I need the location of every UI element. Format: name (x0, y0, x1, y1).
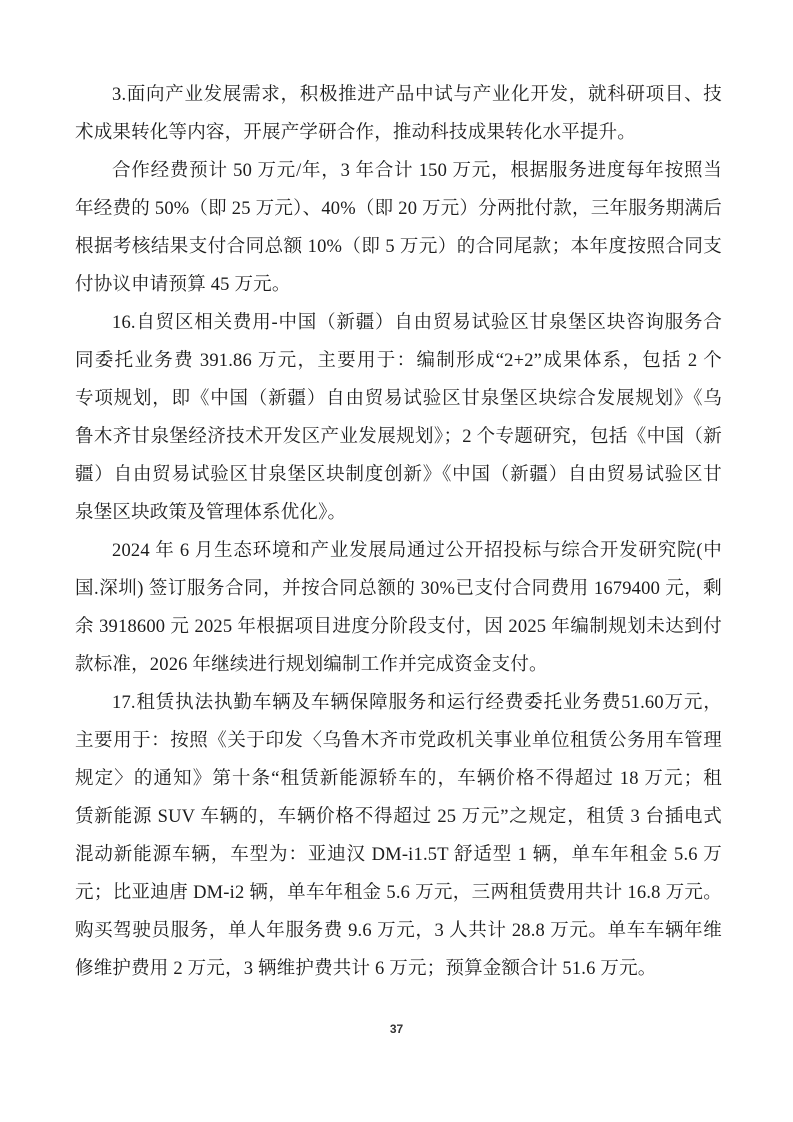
text-line: 国.深圳) 签订服务合同，并按合同总额的 30%已支付合同费用 1679400 … (75, 570, 722, 608)
text-line: 付协议申请预算 45 万元。 (75, 266, 722, 304)
text-line: 17.租赁执法执勤车辆及车辆保障服务和运行经费委托业务费51.60万元， (75, 684, 722, 722)
text-line: 主要用于：按照《关于印发〈乌鲁木齐市党政机关事业单位租赁公务用车管理 (75, 722, 722, 760)
text-line: 术成果转化等内容，开展产学研合作，推动科技成果转化水平提升。 (75, 114, 722, 152)
text-line: 购买驾驶员服务，单人年服务费 9.6 万元，3 人共计 28.8 万元。单车车辆… (75, 912, 722, 950)
text-line: 泉堡区块政策及管理体系优化》。 (75, 494, 722, 532)
text-line: 16.自贸区相关费用-中国（新疆）自由贸易试验区甘泉堡区块咨询服务合 (75, 304, 722, 342)
document-body: 3.面向产业发展需求，积极推进产品中试与产业化开发，就科研项目、技术成果转化等内… (75, 76, 722, 988)
text-line: 元；比亚迪唐 DM-i2 辆，单车年租金 5.6 万元，三两租赁费用共计 16.… (75, 874, 722, 912)
text-line: 鲁木齐甘泉堡经济技术开发区产业发展规划》；2 个专题研究，包括《中国（新 (75, 418, 722, 456)
text-line: 疆）自由贸易试验区甘泉堡区块制度创新》《中国（新疆）自由贸易试验区甘 (75, 456, 722, 494)
text-line: 合作经费预计 50 万元/年，3 年合计 150 万元，根据服务进度每年按照当 (75, 152, 722, 190)
text-line: 根据考核结果支付合同总额 10%（即 5 万元）的合同尾款；本年度按照合同支 (75, 228, 722, 266)
text-line: 年经费的 50%（即 25 万元）、40%（即 20 万元）分两批付款，三年服务… (75, 190, 722, 228)
text-line: 余 3918600 元 2025 年根据项目进度分阶段支付，因 2025 年编制… (75, 608, 722, 646)
text-line: 3.面向产业发展需求，积极推进产品中试与产业化开发，就科研项目、技 (75, 76, 722, 114)
text-line: 混动新能源车辆，车型为：亚迪汉 DM-i1.5T 舒适型 1 辆，单车年租金 5… (75, 836, 722, 874)
text-line: 赁新能源 SUV 车辆的，车辆价格不得超过 25 万元”之规定，租赁 3 台插电… (75, 798, 722, 836)
text-line: 同委托业务费 391.86 万元，主要用于：编制形成“2+2”成果体系，包括 2… (75, 342, 722, 380)
text-line: 专项规划，即《中国（新疆）自由贸易试验区甘泉堡区块综合发展规划》《乌 (75, 380, 722, 418)
text-line: 修维护费用 2 万元，3 辆维护费共计 6 万元；预算金额合计 51.6 万元。 (75, 950, 722, 988)
document-page: 3.面向产业发展需求，积极推进产品中试与产业化开发，就科研项目、技术成果转化等内… (0, 0, 793, 1122)
text-line: 规定〉的通知》第十条“租赁新能源轿车的，车辆价格不得超过 18 万元；租 (75, 760, 722, 798)
text-line: 款标准，2026 年继续进行规划编制工作并完成资金支付。 (75, 646, 722, 684)
text-line: 2024 年 6 月生态环境和产业发展局通过公开招投标与综合开发研究院(中 (75, 532, 722, 570)
page-number: 37 (0, 1022, 793, 1036)
